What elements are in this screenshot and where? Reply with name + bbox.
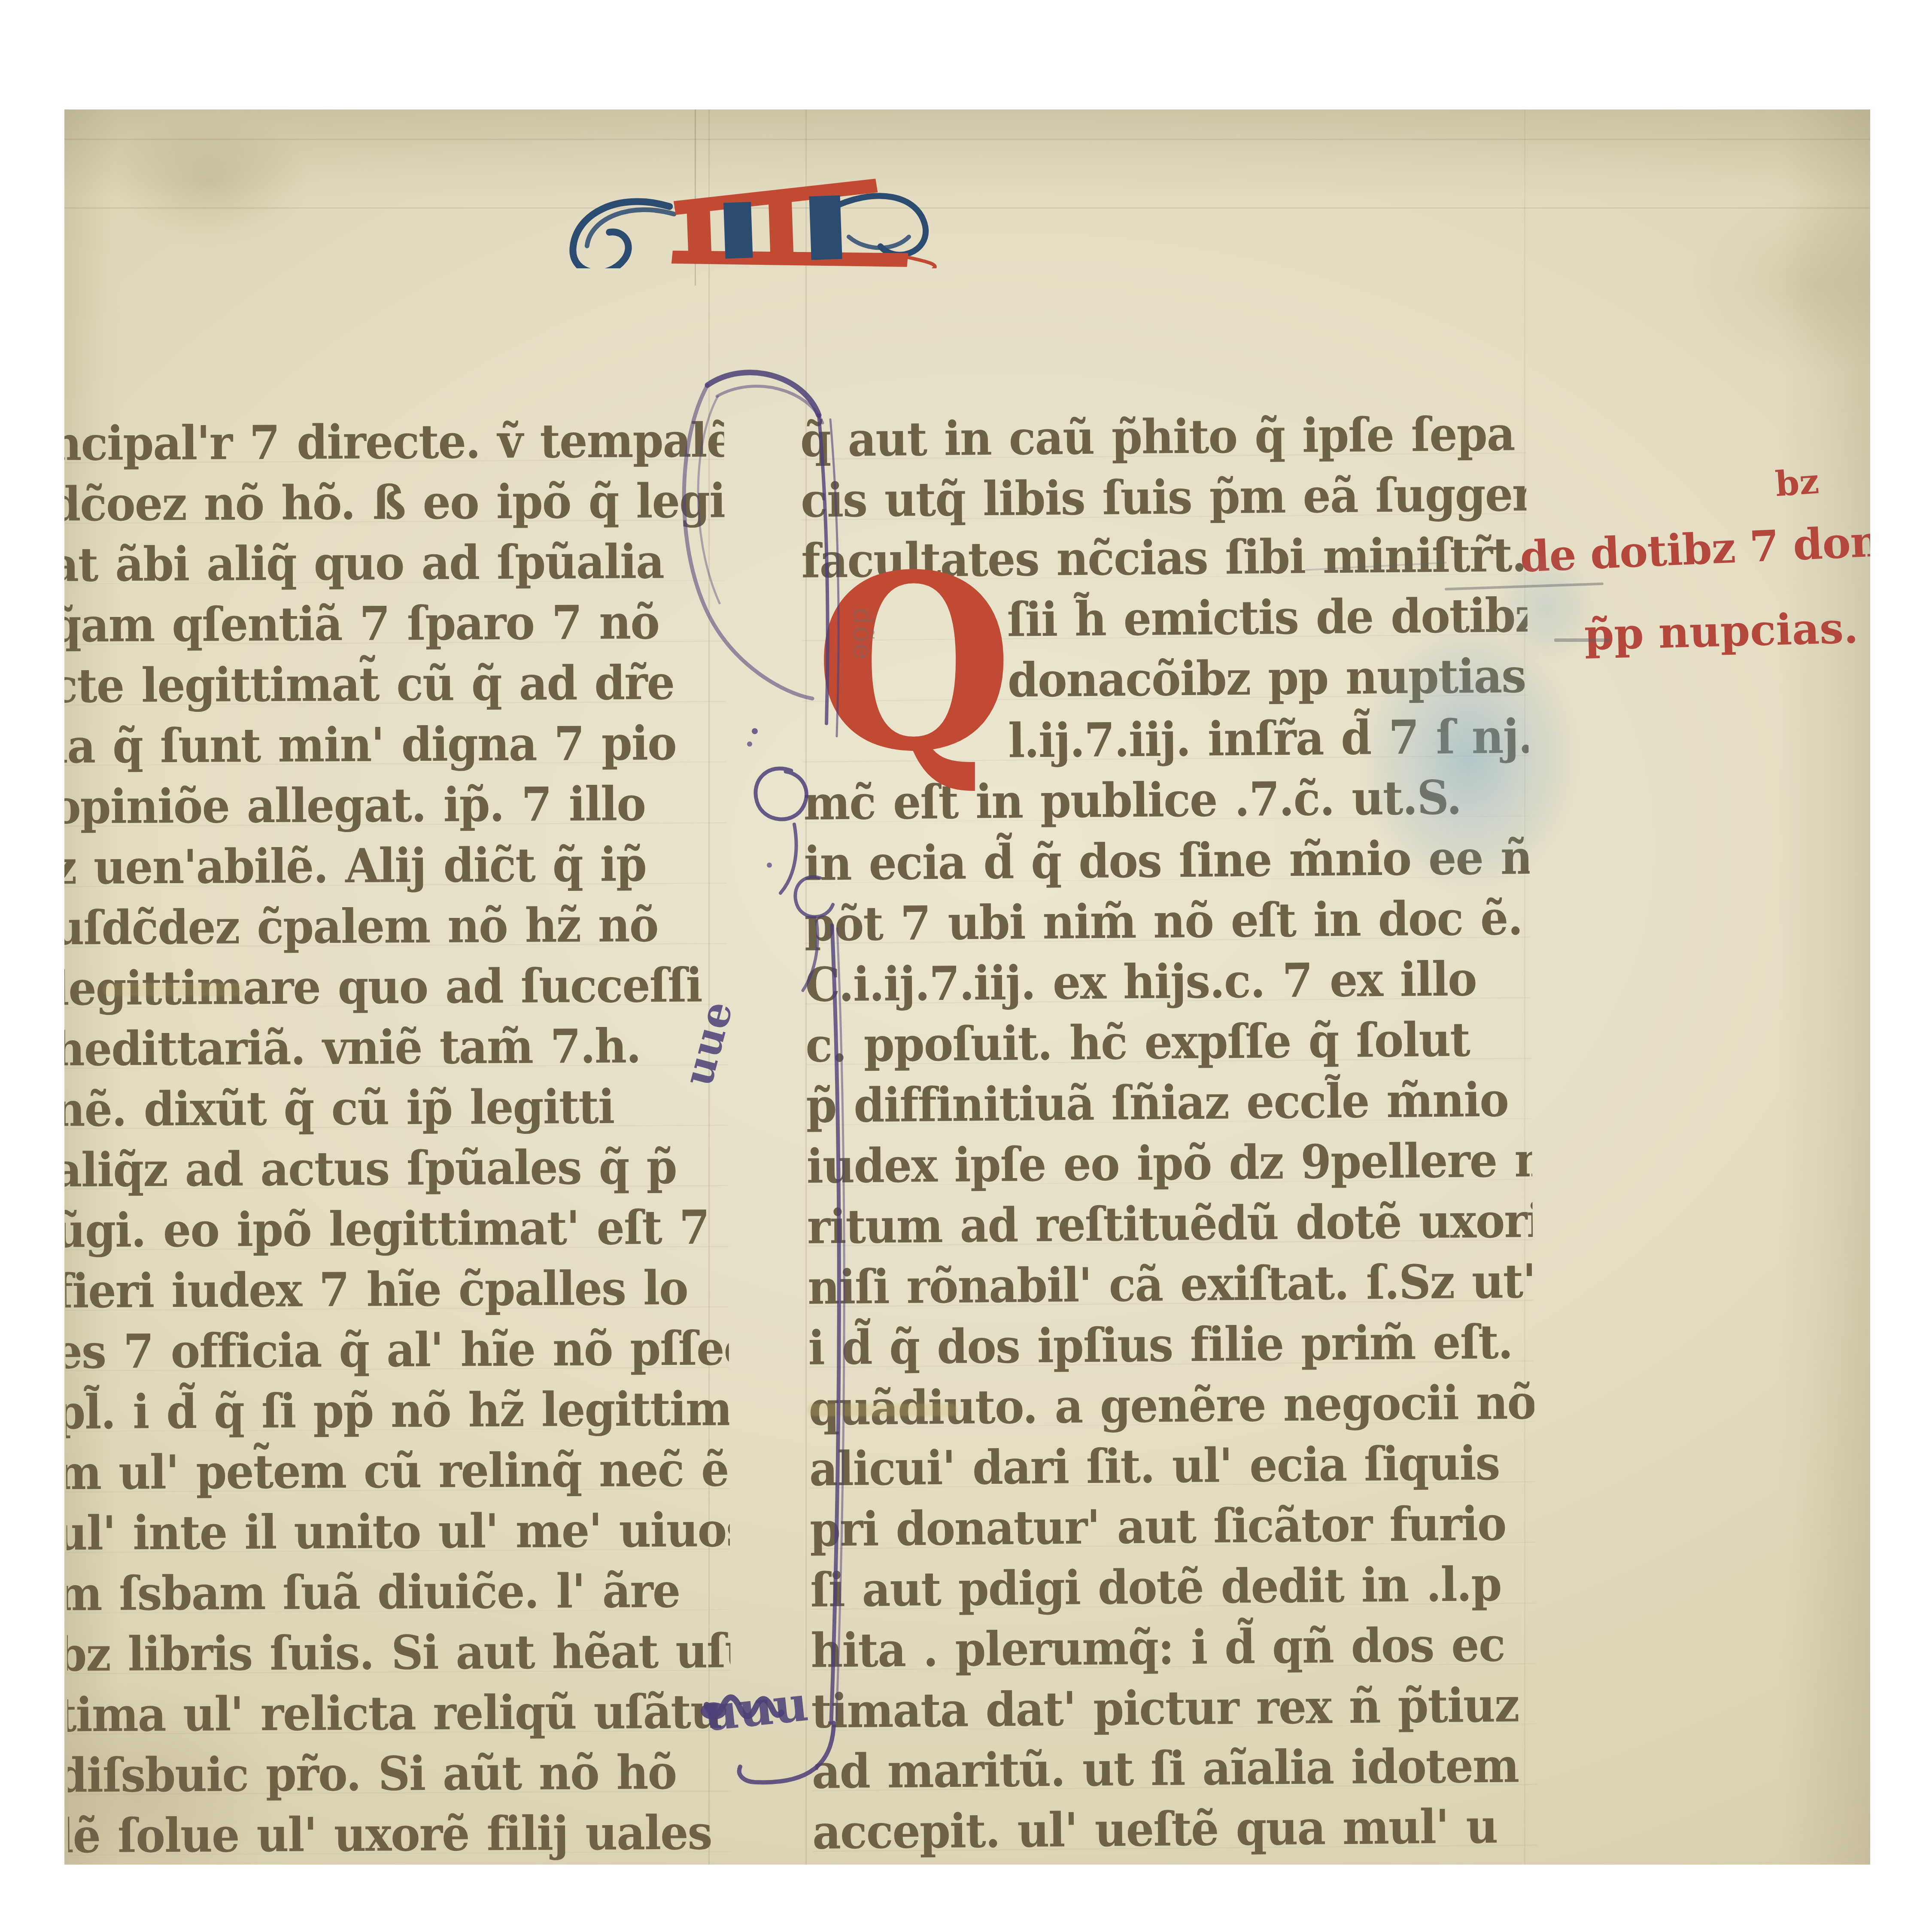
flourish-dot-3 <box>767 863 772 868</box>
flourish-top-hook-inner <box>717 386 823 423</box>
flourish-dot-1 <box>752 728 758 734</box>
flourish-loop-1 <box>756 769 806 819</box>
flourish-strand-1 <box>819 415 828 723</box>
flourish-leaf-outline <box>684 385 812 699</box>
manuscript-page: III <box>0 0 1932 1932</box>
pen-flourish <box>64 109 1870 1865</box>
flourish-loop-2 <box>795 877 833 917</box>
flourish-strand-2 <box>830 419 838 736</box>
flourish-long-line <box>831 925 839 1723</box>
flourish-leaf-inner <box>698 396 720 603</box>
pen-trial-bottom: uuu <box>701 1676 811 1743</box>
flourish-loop-1-tail <box>781 824 796 893</box>
manuscript-photo: III <box>64 109 1870 1865</box>
flourish-loop-2-tail <box>803 921 817 990</box>
flourish-dot-2 <box>747 741 752 747</box>
